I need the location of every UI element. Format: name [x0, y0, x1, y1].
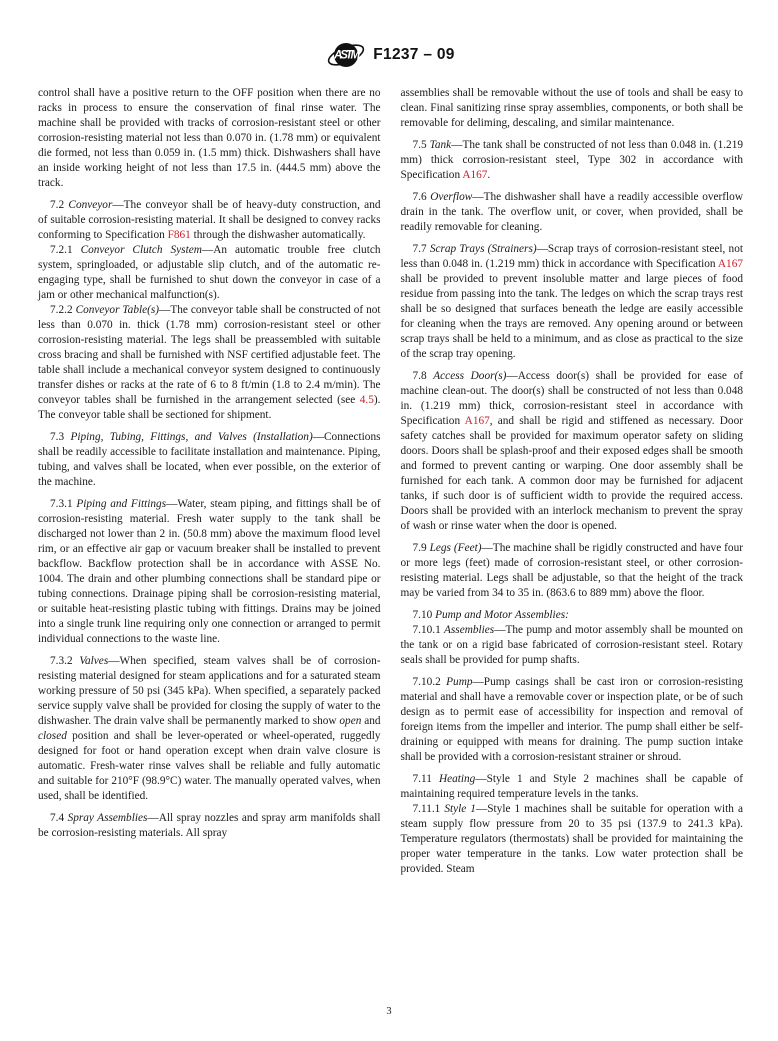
paragraph: 7.2.1 Conveyor Clutch System—An automati…: [38, 243, 381, 303]
body-text: shall be provided to prevent insoluble m…: [401, 273, 744, 360]
body-text: 7.3.2: [50, 655, 79, 667]
section-term: Conveyor Clutch System: [81, 244, 202, 256]
spec-reference-link[interactable]: A167: [718, 258, 743, 270]
section-term: Piping and Fittings: [76, 498, 166, 510]
paragraph: 7.3.2 Valves—When specified, steam valve…: [38, 654, 381, 804]
paragraph: 7.3.1 Piping and Fittings—Water, steam p…: [38, 497, 381, 647]
body-text: 7.2.1: [50, 244, 81, 256]
paragraph: 7.10.2 Pump—Pump casings shall be cast i…: [401, 675, 744, 765]
paragraph: control shall have a positive return to …: [38, 86, 381, 191]
body-text: 7.2: [50, 199, 68, 211]
body-text: 7.10.1: [413, 624, 445, 636]
section-term: Spray Assemblies: [68, 812, 148, 824]
body-text: assemblies shall be removable without th…: [401, 87, 744, 129]
body-text: —The tank shall be constructed of not le…: [401, 139, 744, 181]
text-columns: control shall have a positive return to …: [38, 86, 743, 877]
section-term: Conveyor Table(s): [76, 304, 160, 316]
body-text: through the dishwasher automatically.: [191, 229, 366, 241]
paragraph: 7.8 Access Door(s)—Access door(s) shall …: [401, 369, 744, 534]
paragraph: 7.2 Conveyor—The conveyor shall be of he…: [38, 198, 381, 243]
body-text: control shall have a positive return to …: [38, 87, 381, 189]
body-text: 7.3.1: [50, 498, 76, 510]
body-text: 7.9: [413, 542, 430, 554]
body-text: 7.7: [413, 243, 430, 255]
paragraph: 7.11 Heating—Style 1 and Style 2 machine…: [401, 772, 744, 802]
paragraph: 7.6 Overflow—The dishwasher shall have a…: [401, 190, 744, 235]
document-page: { "header": { "doc_code": "F1237 – 09" }…: [0, 0, 778, 1041]
body-text: position and shall be lever-operated or …: [38, 730, 381, 802]
right-column: assemblies shall be removable without th…: [401, 86, 744, 877]
section-term: Scrap Trays (Strainers): [430, 243, 537, 255]
spec-reference-link[interactable]: A167: [465, 415, 490, 427]
paragraph: 7.9 Legs (Feet)—The machine shall be rig…: [401, 541, 744, 601]
body-text: 7.5: [413, 139, 430, 151]
body-text: 7.3: [50, 431, 70, 443]
body-text: 7.10.2: [413, 676, 447, 688]
section-term: Style 1: [444, 803, 476, 815]
section-term: open: [339, 715, 361, 727]
paragraph: 7.4 Spray Assemblies—All spray nozzles a…: [38, 811, 381, 841]
page-container: ASTM F1237 – 09 control shall have a pos…: [0, 0, 778, 1041]
section-term: Legs (Feet): [430, 542, 482, 554]
section-term: Pump and Motor Assemblies:: [435, 609, 569, 621]
body-text: 7.11.1: [413, 803, 445, 815]
section-term: Heating: [439, 773, 475, 785]
spec-reference-link[interactable]: A167: [462, 169, 487, 181]
body-text: , and shall be rigid and stiffened as ne…: [401, 415, 744, 532]
body-text: 7.10: [413, 609, 436, 621]
paragraph: 7.10 Pump and Motor Assemblies:: [401, 608, 744, 623]
section-term: Access Door(s): [433, 370, 506, 382]
document-code: F1237 – 09: [373, 46, 454, 64]
paragraph: 7.2.2 Conveyor Table(s)—The conveyor tab…: [38, 303, 381, 423]
body-text: 7.11: [413, 773, 439, 785]
body-text: 7.6: [413, 191, 431, 203]
paragraph: 7.3 Piping, Tubing, Fittings, and Valves…: [38, 430, 381, 490]
paragraph: 7.10.1 Assemblies—The pump and motor ass…: [401, 623, 744, 668]
document-header: ASTM F1237 – 09: [38, 40, 743, 70]
paragraph: 7.5 Tank—The tank shall be constructed o…: [401, 138, 744, 183]
section-term: Piping, Tubing, Fittings, and Valves (In…: [70, 431, 312, 443]
left-column: control shall have a positive return to …: [38, 86, 381, 877]
spec-reference-link[interactable]: F861: [168, 229, 191, 241]
body-text: 7.4: [50, 812, 68, 824]
section-term: Tank: [430, 139, 452, 151]
section-term: Overflow: [430, 191, 472, 203]
section-term: Pump: [446, 676, 472, 688]
body-text: 7.2.2: [50, 304, 76, 316]
body-text: —The conveyor table shall be constructed…: [38, 304, 381, 406]
section-term: Assemblies: [444, 624, 494, 636]
astm-logo-icon: ASTM: [326, 40, 366, 70]
spec-reference-link[interactable]: 4.5: [360, 394, 374, 406]
svg-text:ASTM: ASTM: [333, 50, 360, 62]
paragraph: 7.11.1 Style 1—Style 1 machines shall be…: [401, 802, 744, 877]
section-term: Valves: [79, 655, 108, 667]
body-text: .: [487, 169, 490, 181]
body-text: 7.8: [413, 370, 434, 382]
section-term: closed: [38, 730, 67, 742]
paragraph: 7.7 Scrap Trays (Strainers)—Scrap trays …: [401, 242, 744, 362]
body-text: —Pump casings shall be cast iron or corr…: [401, 676, 744, 763]
body-text: —Water, steam piping, and fittings shall…: [38, 498, 381, 645]
page-number: 3: [0, 1006, 778, 1017]
paragraph: assemblies shall be removable without th…: [401, 86, 744, 131]
body-text: and: [361, 715, 380, 727]
section-term: Conveyor: [68, 199, 112, 211]
